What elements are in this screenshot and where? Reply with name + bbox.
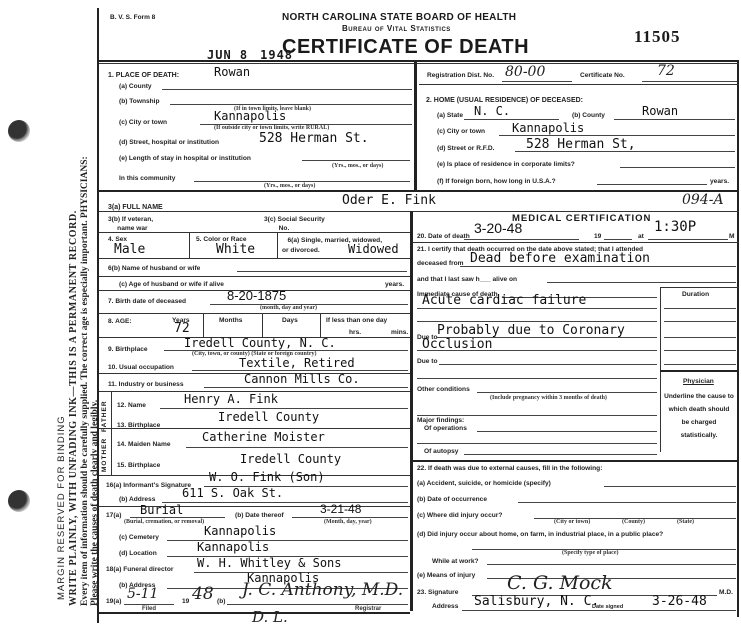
cause-top-rule: [660, 287, 739, 288]
registrar-line: [227, 604, 408, 605]
death-county-line: [162, 89, 412, 90]
medical-bottom-rule: [412, 460, 739, 462]
certificate-title: CERTIFICATE OF DEATH: [282, 36, 529, 59]
informant-value[interactable]: W. O. Fink (Son): [209, 470, 325, 484]
mother-birthplace-label: 15. Birthplace: [117, 462, 160, 469]
director-label: 18(a) Funeral director: [106, 566, 173, 573]
registration-line: [502, 81, 572, 82]
registrar-label: (b): [217, 598, 225, 605]
age-less-label: If less than one day: [326, 317, 387, 324]
birthplace-label: 9. Birthplace: [108, 346, 148, 353]
informant-address-line: [162, 502, 408, 503]
signature-label: 23. Signature: [417, 589, 458, 596]
corporate-label: (e) Is place of residence in corporate l…: [437, 161, 575, 168]
res-state-value[interactable]: N. C.: [474, 104, 510, 118]
where-label: (c) Where did injury occur?: [417, 512, 502, 519]
age-div-2: [262, 313, 263, 337]
punch-hole-bottom: [8, 490, 30, 512]
death-county-value[interactable]: Rowan: [214, 65, 250, 79]
physician-note: Underline the cause to which death shoul…: [664, 390, 734, 442]
where-note-state: (State): [677, 519, 694, 525]
immediate-line: [417, 308, 657, 309]
director-value[interactable]: W. H. Whitley & Sons: [197, 556, 342, 570]
res-state-line: [464, 119, 559, 120]
age-label: 8. AGE:: [108, 318, 132, 325]
spouse-age-label: (c) Age of husband or wife if alive: [119, 281, 224, 288]
registrar-initials: D. L.: [252, 608, 288, 626]
center-divider-top: [414, 62, 417, 190]
industry-value[interactable]: Cannon Mills Co.: [244, 372, 360, 386]
father-name-label: 12. Name: [117, 402, 146, 409]
date-signed-value[interactable]: 3-26-48: [652, 594, 707, 609]
full-name-value[interactable]: Oder E. Fink: [342, 193, 436, 208]
dur-line-2: [664, 321, 736, 322]
md-label: M.D.: [719, 589, 733, 596]
mother-birthplace-value[interactable]: Iredell County: [240, 452, 341, 466]
physician-signature[interactable]: C. G. Mock: [507, 572, 613, 594]
where-note-county: (County): [622, 519, 645, 525]
header-rule: [99, 60, 739, 62]
burial-date-value[interactable]: 3-21-48: [320, 502, 361, 516]
age-hrs-label: hrs.: [349, 329, 361, 336]
foreign-label: (f) If foreign born, how long in U.S.A.?: [437, 178, 556, 185]
birthplace-value[interactable]: Iredell County, N. C.: [184, 336, 336, 350]
death-county-label: (a) County: [119, 83, 152, 90]
accident-line: [604, 486, 736, 487]
immediate-value[interactable]: Acute cardiac failure: [422, 293, 586, 308]
sex-divider: [189, 232, 190, 258]
section-rule-1: [99, 190, 739, 192]
informant-address-value[interactable]: 611 S. Oak St.: [182, 486, 283, 500]
death-date-line: [464, 239, 579, 240]
filed-line: [124, 604, 174, 605]
birth-date-value[interactable]: 8-20-1875: [227, 288, 286, 303]
mother-side-label: MOTHER: [101, 438, 108, 472]
dur-line-5: [664, 364, 736, 365]
res-county-value[interactable]: Rowan: [642, 104, 678, 118]
registration-label: Registration Dist. No.: [427, 72, 494, 79]
informant-label: 16(a) Informant's Signature: [106, 482, 191, 489]
industry-label: 11. Industry or business: [108, 381, 184, 388]
death-city-label: (c) City or town: [119, 119, 167, 126]
dur-line-1: [664, 308, 736, 309]
disposition-value[interactable]: Burial: [140, 503, 183, 517]
center-divider-bottom: [410, 211, 413, 611]
res-city-value[interactable]: Kannapolis: [512, 121, 584, 135]
year-line: [604, 239, 632, 240]
work-line: [487, 564, 736, 565]
death-date-rule: [412, 242, 739, 243]
township-label: (b) Township: [119, 98, 160, 105]
work-label: While at work?: [432, 558, 479, 565]
operations-line-2: [417, 443, 657, 444]
parent-side-divider: [111, 391, 112, 475]
dur-line-3: [664, 337, 736, 338]
other-conditions-label: Other conditions: [417, 386, 470, 393]
location-label: (d) Location: [119, 550, 157, 557]
sig-address-line: [462, 610, 736, 611]
binding-note: MARGIN RESERVED FOR BINDING: [56, 415, 67, 600]
filed-year-value[interactable]: 48: [192, 584, 214, 604]
burial-date-label: (b) Date thereof: [235, 512, 284, 519]
bureau-name: Bureau of Vital Statistics: [342, 24, 451, 33]
death-date-label: 20. Date of death: [417, 233, 470, 240]
registration-value[interactable]: 80-00: [505, 64, 545, 80]
spouse-line: [237, 271, 407, 272]
deceased-from-line: [460, 266, 736, 267]
age-mins-label: mins.: [391, 329, 408, 336]
death-time-value[interactable]: 1:30P: [654, 219, 696, 235]
location-value[interactable]: Kannapolis: [197, 540, 269, 554]
autopsy-label: Of autopsy: [424, 448, 458, 455]
due-to-line-2: [417, 350, 657, 351]
veteran-rule: [99, 232, 410, 233]
death-street-label: (d) Street, hospital or institution: [119, 139, 219, 146]
death-certificate-form: B. V. S. Form 8 NORTH CAROLINA STATE BOA…: [92, 0, 741, 628]
operations-line: [477, 431, 657, 432]
age-div-1: [203, 313, 204, 337]
reg-rule: [419, 84, 739, 85]
full-name-label: 3(a) FULL NAME: [108, 204, 163, 211]
stay-label: (e) Length of stay in hospital or instit…: [119, 155, 251, 162]
father-birthplace-value[interactable]: Iredell County: [218, 410, 319, 424]
left-border: [97, 8, 99, 623]
spouse-age-unit: years.: [385, 281, 404, 288]
due-to-2-line: [439, 364, 657, 365]
operations-label: Of operations: [424, 425, 467, 432]
res-county-line: [614, 119, 735, 120]
cemetery-label: (c) Cemetery: [119, 534, 159, 541]
due-to-2-line-b: [417, 378, 657, 379]
birth-date-label: 7. Birth date of deceased: [108, 298, 186, 305]
res-street-value[interactable]: 528 Herman St,: [526, 137, 636, 152]
mother-name-line: [186, 447, 408, 448]
time-line: [648, 239, 728, 240]
deceased-from-label: deceased from: [417, 260, 464, 267]
birth-date-note: (month, day and year): [260, 305, 317, 311]
filed-date-value[interactable]: 5-11: [127, 586, 158, 602]
birth-rule: [99, 313, 410, 314]
place-type-note: (Specify type of place): [562, 550, 619, 556]
marital-value[interactable]: Widowed: [348, 242, 399, 256]
autopsy-line: [464, 454, 657, 455]
occupation-line: [192, 370, 408, 371]
father-rule: [99, 428, 410, 429]
corporate-line: [620, 167, 735, 168]
at-label: at: [638, 233, 644, 240]
mother-name-label: 14. Maiden Name: [117, 441, 171, 448]
sex-value[interactable]: Male: [114, 242, 145, 257]
duration-bottom-rule: [660, 370, 739, 372]
registrar-signature[interactable]: J. C. Anthony, M.D.: [242, 580, 403, 600]
ssn-label: 3(c) Social Security No.: [264, 215, 325, 233]
township-line: [170, 104, 412, 105]
external-heading: 22. If death was due to external causes,…: [417, 465, 602, 472]
res-state-label: (a) State: [437, 112, 463, 119]
age-days-label: Days: [282, 317, 298, 324]
community-note: (Yrs., mos., or days): [264, 183, 315, 189]
spouse-rule: [99, 276, 410, 277]
occurrence-label: (b) Date of occurrence: [417, 496, 487, 503]
ink-note: WRITE PLAINLY, WITH UNFADING INK—THIS IS…: [68, 210, 79, 606]
cemetery-value[interactable]: Kannapolis: [204, 524, 276, 538]
deceased-from-value[interactable]: Dead before examination: [470, 251, 650, 266]
spouse-label: 6(b) Name of husband or wife: [108, 265, 200, 272]
res-street-line: [515, 151, 735, 152]
death-city-value[interactable]: Kannapolis: [214, 109, 286, 123]
father-name-value[interactable]: Henry A. Fink: [184, 392, 278, 406]
community-label: In this community: [119, 175, 175, 182]
duration-label: Duration: [682, 291, 709, 298]
age-years-value[interactable]: 72: [174, 321, 190, 336]
binding-margin: MARGIN RESERVED FOR BINDING WRITE PLAINL…: [0, 0, 92, 628]
certificate-line: [642, 81, 737, 82]
instruction-line-1: Every item of information should be care…: [80, 156, 90, 606]
name-rule: [99, 211, 739, 212]
filed-year-prefix: 19: [182, 598, 189, 605]
occurrence-line: [518, 502, 736, 503]
father-name-line: [160, 408, 408, 409]
physician-title: Physician: [683, 378, 714, 385]
res-street-label: (d) Street or R.F.D.: [437, 145, 495, 152]
accident-label: (a) Accident, suicide, or homicide (spec…: [417, 480, 551, 487]
foreign-line: [597, 184, 707, 185]
other-conditions-line-2: [417, 415, 657, 416]
m-label: M: [729, 233, 735, 240]
sex-rule: [99, 258, 410, 259]
race-value[interactable]: White: [216, 242, 255, 257]
death-street-value[interactable]: 528 Herman St.: [259, 131, 369, 146]
certificate-value[interactable]: 72: [657, 63, 675, 79]
where-note-city: (City or town): [554, 519, 590, 525]
age-months-label: Months: [219, 317, 242, 324]
res-county-label: (b) County: [572, 112, 605, 119]
place-of-death-heading: 1. PLACE OF DEATH:: [108, 72, 179, 79]
medical-heading: MEDICAL CERTIFICATION: [512, 213, 651, 224]
year-prefix-label: 19: [594, 233, 601, 240]
residence-heading: 2. HOME (USUAL RESIDENCE) OF DECEASED:: [426, 97, 583, 104]
file-number: 11505: [634, 27, 681, 47]
immediate-line-2: [417, 321, 657, 322]
punch-hole-top: [8, 120, 30, 142]
certificate-label: Certificate No.: [580, 72, 625, 79]
form-id: B. V. S. Form 8: [110, 14, 155, 21]
disposition-label: 17(a): [106, 512, 121, 519]
place-type-text: (d) Did injury occur about home, on farm…: [417, 531, 663, 538]
due-to-value[interactable]: Probably due to Coronary: [437, 323, 625, 338]
dur-line-4: [664, 350, 736, 351]
last-saw-label: and that I last saw h___ alive on: [417, 276, 517, 283]
mother-name-value[interactable]: Catherine Moister: [202, 430, 325, 444]
code-note: 094-A: [682, 192, 724, 208]
death-date-value[interactable]: 3-20-48: [474, 220, 522, 236]
stay-line: [302, 160, 410, 161]
res-city-line: [499, 135, 735, 136]
sig-address-label: Address: [432, 603, 458, 610]
occupation-value[interactable]: Textile, Retired: [239, 356, 355, 370]
disposition-note: (Burial, cremation, or removal): [124, 519, 204, 525]
place-type-label: (d) Did injury occur about home, on farm…: [417, 527, 737, 542]
burial-date-line: [292, 517, 408, 518]
industry-line: [204, 387, 408, 388]
informant-address-label: (b) Address: [119, 496, 155, 503]
other-conditions-line: [477, 392, 657, 393]
header-rule-2: [99, 63, 739, 64]
means-label: (e) Means of injury: [417, 572, 475, 579]
race-divider: [277, 232, 278, 258]
stay-note: (Yrs., mos., or days): [332, 163, 383, 169]
filed-label: 19(a): [106, 598, 121, 605]
other-conditions-note: (Include pregnancy within 3 months of de…: [490, 395, 607, 401]
occupation-label: 10. Usual occupation: [108, 364, 174, 371]
foreign-unit: years.: [710, 178, 729, 185]
burial-date-note: (Month, day, year): [324, 519, 372, 525]
major-findings-label: Major findings:: [417, 417, 464, 424]
due-to-2-label: Due to: [417, 358, 438, 365]
age-div-3: [320, 313, 321, 337]
community-line: [194, 181, 410, 182]
outer-right-border: [737, 62, 739, 617]
last-saw-line: [547, 282, 736, 283]
veteran-label: 3(b) If veteran, name war: [108, 215, 153, 233]
board-name: NORTH CAROLINA STATE BOARD OF HEALTH: [282, 12, 516, 23]
sig-address-value[interactable]: Salisbury, N. C.: [474, 594, 599, 609]
res-city-label: (c) City or town: [437, 128, 485, 135]
disposition-line: [130, 517, 225, 518]
